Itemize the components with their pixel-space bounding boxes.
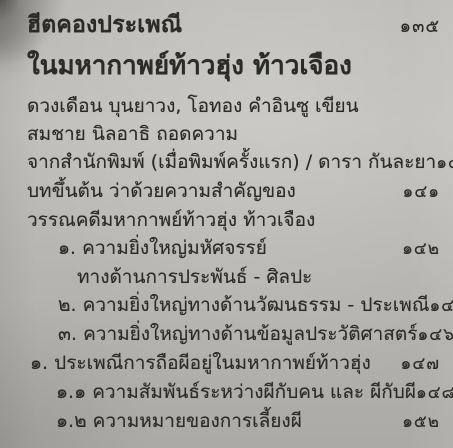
entry-text: สมชาย นิลอาธิ ถอดความ <box>27 120 238 148</box>
toc-row-item-1-continuation: ทางด้านการประพันธ์ - ศิลปะ <box>27 263 440 291</box>
entry-page-number: ๑๔๕ <box>429 292 453 320</box>
entry-text: ๑. ประเพณีการถือผีอยู่ในมหากาพย์ท้าวฮุ่ง <box>30 349 371 377</box>
entry-text: ๑. ความยิ่งใหญ่มหัศจรรย์ <box>58 234 267 262</box>
entry-text: วรรณคดีมหากาพย์ท้าวฮุ่ง ท้าวเจือง <box>27 206 315 234</box>
entry-text: จากสำนักพิมพ์ (เมื่อพิมพ์ครั้งแรก) / ดาร… <box>27 148 436 176</box>
entry-text: บทขึ้นต้น ว่าด้วยความสำคัญของ <box>27 177 296 205</box>
toc-row-section-1-2: ๑.๒ ความหมายของการเลี้ยงผี ๑๕๒ <box>27 407 440 436</box>
chapter-start-page-number: ๑๓๕ <box>400 10 440 44</box>
toc-row-item-1: ๑. ความยิ่งใหญ่มหัศจรรย์ ๑๔๒ <box>27 234 440 263</box>
entry-text: ๑.๒ ความหมายของการเลี้ยงผี <box>56 407 302 435</box>
entry-text: ๒. ความยิ่งใหญ่ทางด้านวัฒนธรรม - ประเพณี <box>58 291 429 319</box>
chapter-title-line1: ฮีตคองประเพณี <box>27 8 182 42</box>
entry-page-number: ๑๔๖ <box>417 321 453 349</box>
scanned-book-page: ฮีตคองประเพณี ๑๓๕ ในมหากาพย์ท้าวฮุ่ง ท้า… <box>0 0 453 448</box>
toc-row-item-2: ๒. ความยิ่งใหญ่ทางด้านวัฒนธรรม - ประเพณี… <box>27 291 440 320</box>
toc-row-introduction-line1: บทขึ้นต้น ว่าด้วยความสำคัญของ ๑๔๑ <box>27 177 440 206</box>
entry-text: ดวงเดือน บุนยาวง, โอทอง คำอินซู เขียน <box>27 92 359 120</box>
entry-text: ทางด้านการประพันธ์ - ศิลปะ <box>77 263 312 291</box>
toc-row-translator-credit: สมชาย นิลอาธิ ถอดความ <box>27 120 440 148</box>
toc-chapter-heading-row: ฮีตคองประเพณี ๑๓๕ <box>27 8 440 44</box>
entry-page-number: ๑๔๗ <box>401 350 440 378</box>
toc-row-author-credit: ดวงเดือน บุนยาวง, โอทอง คำอินซู เขียน <box>27 92 440 120</box>
entry-text: ๑.๑ ความสัมพันธ์ระหว่างผีกับคน และ ผีกับ… <box>56 378 416 406</box>
toc-row-item-3: ๓. ความยิ่งใหญ่ทางด้านข้อมูลประวัติศาสตร… <box>27 320 440 349</box>
toc-chapter-subtitle-row: ในมหากาพย์ท้าวฮุ่ง ท้าวเจือง <box>27 44 440 88</box>
entry-page-number: ๑๔๘ <box>416 379 453 407</box>
entry-text: ๓. ความยิ่งใหญ่ทางด้านข้อมูลประวัติศาสตร… <box>58 320 417 348</box>
entry-page-number: ๑๔๑ <box>403 178 440 206</box>
toc-row-publisher-note: จากสำนักพิมพ์ (เมื่อพิมพ์ครั้งแรก) / ดาร… <box>27 148 440 177</box>
entry-page-number: ๑๔๐ <box>436 149 453 177</box>
toc-row-section-1: ๑. ประเพณีการถือผีอยู่ในมหากาพย์ท้าวฮุ่ง… <box>27 349 440 378</box>
toc-row-introduction-line2: วรรณคดีมหากาพย์ท้าวฮุ่ง ท้าวเจือง <box>27 206 440 234</box>
chapter-title-line2: ในมหากาพย์ท้าวฮุ่ง ท้าวเจือง <box>27 44 352 88</box>
entry-page-number: ๑๕๒ <box>402 408 440 436</box>
toc-row-section-1-1: ๑.๑ ความสัมพันธ์ระหว่างผีกับคน และ ผีกับ… <box>27 378 440 407</box>
entry-page-number: ๑๔๒ <box>402 235 440 263</box>
